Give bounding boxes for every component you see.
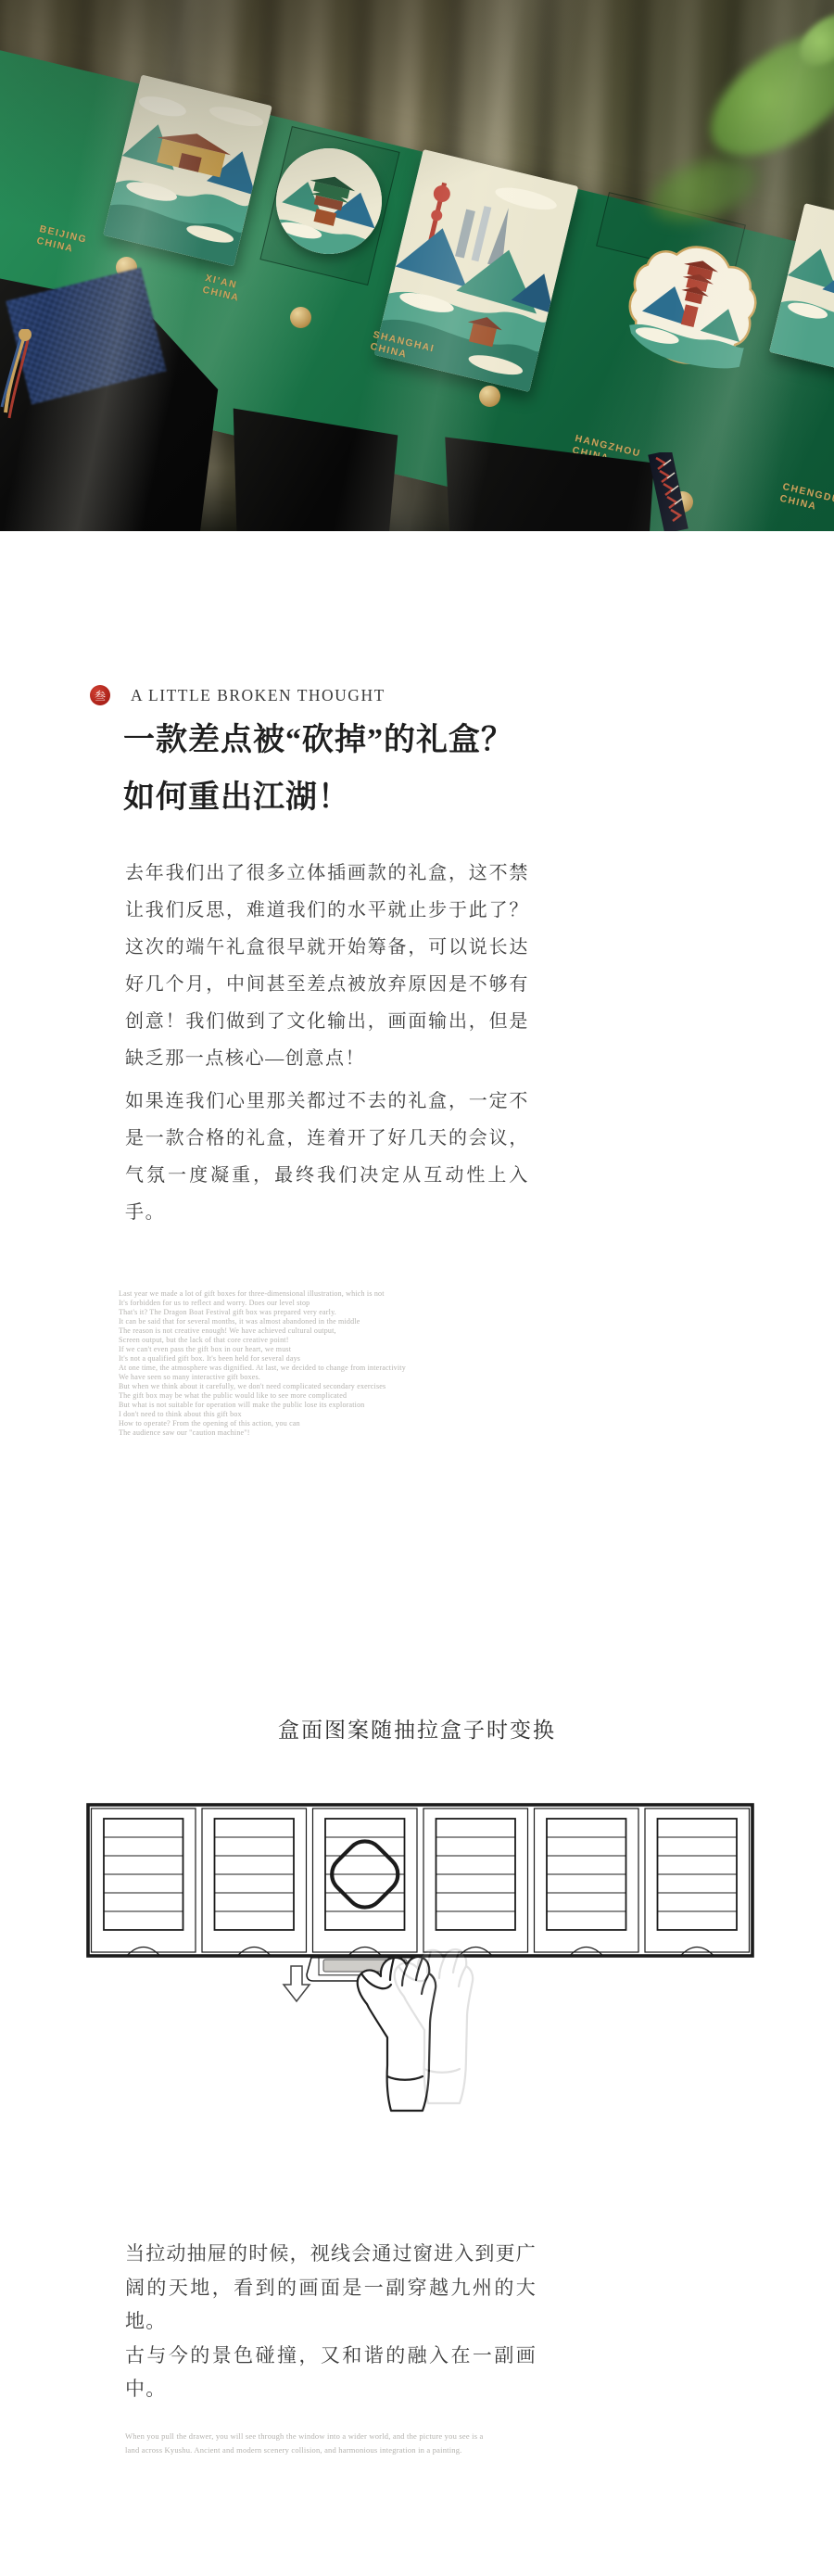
section-eyebrow: A LITTLE BROKEN THOUGHT — [131, 686, 385, 705]
english-note-footer: When you pull the drawer, you will see t… — [125, 2430, 484, 2457]
down-arrow-icon — [284, 1966, 310, 2001]
paragraph-3-part-1: 当拉动抽屉的时候，视线会通过窗进入到更广阔的天地，看到的画面是一副穿越九州的大地… — [125, 2237, 537, 2339]
paragraph-3-part-2: 古与今的景色碰撞，又和谐的融入在一副画中。 — [125, 2339, 537, 2406]
article-page: BEIJING CHINA XI'AN CHINA — [0, 0, 834, 2576]
tassel-cord-left — [0, 329, 56, 450]
english-note-block: Last year we made a lot of gift boxes fo… — [119, 1289, 406, 1438]
gold-dot-shanghai — [479, 386, 500, 407]
hero-photo: BEIJING CHINA XI'AN CHINA — [0, 0, 834, 531]
paragraph-3: 当拉动抽屉的时候，视线会通过窗进入到更广阔的天地，看到的画面是一副穿越九州的大地… — [125, 2237, 537, 2406]
section-heading: 一款差点被“砍掉”的礼盒？ 如何重出江湖！ — [123, 712, 513, 827]
paragraph-2: 如果连我们心里那关都过不去的礼盒，一定不是一款合格的礼盒，连着开了好几天的会议，… — [125, 1083, 529, 1231]
section-eyebrow-row: 叁 A LITTLE BROKEN THOUGHT — [90, 685, 385, 705]
red-seal-icon: 叁 — [90, 685, 110, 705]
stitched-cord-right — [623, 452, 725, 531]
gold-dot-xian — [290, 307, 311, 328]
paragraph-1: 去年我们出了很多立体插画款的礼盒，这不禁让我们反思，难道我们的水平就止步于此了？… — [125, 855, 529, 1077]
heading-line-1: 一款差点被“砍掉”的礼盒？ — [123, 712, 513, 769]
heading-line-2: 如何重出江湖！ — [123, 769, 513, 827]
interaction-title: 盒面图案随抽拉盒子时变换 — [0, 1713, 834, 1744]
drawer-diagram — [0, 1789, 834, 2160]
